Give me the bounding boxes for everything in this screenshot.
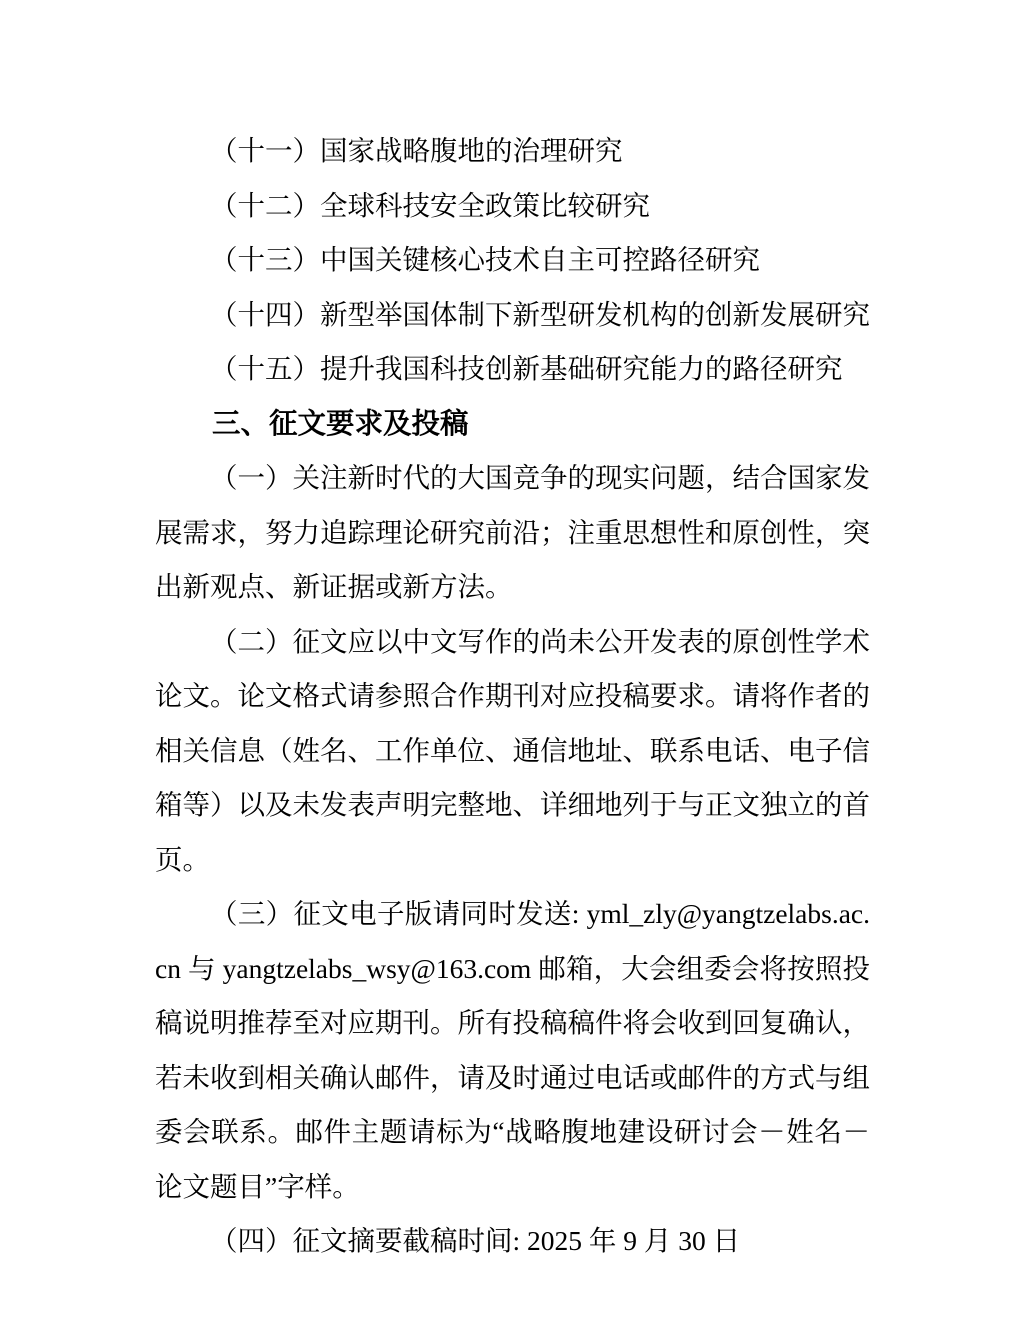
document-page: （十一）国家战略腹地的治理研究 （十二）全球科技安全政策比较研究 （十三）中国关… (0, 0, 1024, 1325)
topic-item-11: （十一）国家战略腹地的治理研究 (155, 124, 870, 179)
topic-item-15: （十五）提升我国科技创新基础研究能力的路径研究 (155, 342, 870, 397)
requirement-paragraph-2: （二）征文应以中文写作的尚未公开发表的原创性学术论文。论文格式请参照合作期刊对应… (155, 615, 870, 888)
section-heading: 三、征文要求及投稿 (155, 397, 870, 452)
topic-item-12: （十二）全球科技安全政策比较研究 (155, 179, 870, 234)
topic-item-14: （十四）新型举国体制下新型研发机构的创新发展研究 (155, 288, 870, 343)
requirement-paragraph-1: （一）关注新时代的大国竞争的现实问题，结合国家发展需求，努力追踪理论研究前沿；注… (155, 451, 870, 615)
requirement-paragraph-3: （三）征文电子版请同时发送: yml_zly@yangtzelabs.ac.cn… (155, 887, 870, 1214)
requirement-paragraph-4: （四）征文摘要截稿时间: 2025 年 9 月 30 日 (155, 1214, 870, 1269)
topic-item-13: （十三）中国关键核心技术自主可控路径研究 (155, 233, 870, 288)
